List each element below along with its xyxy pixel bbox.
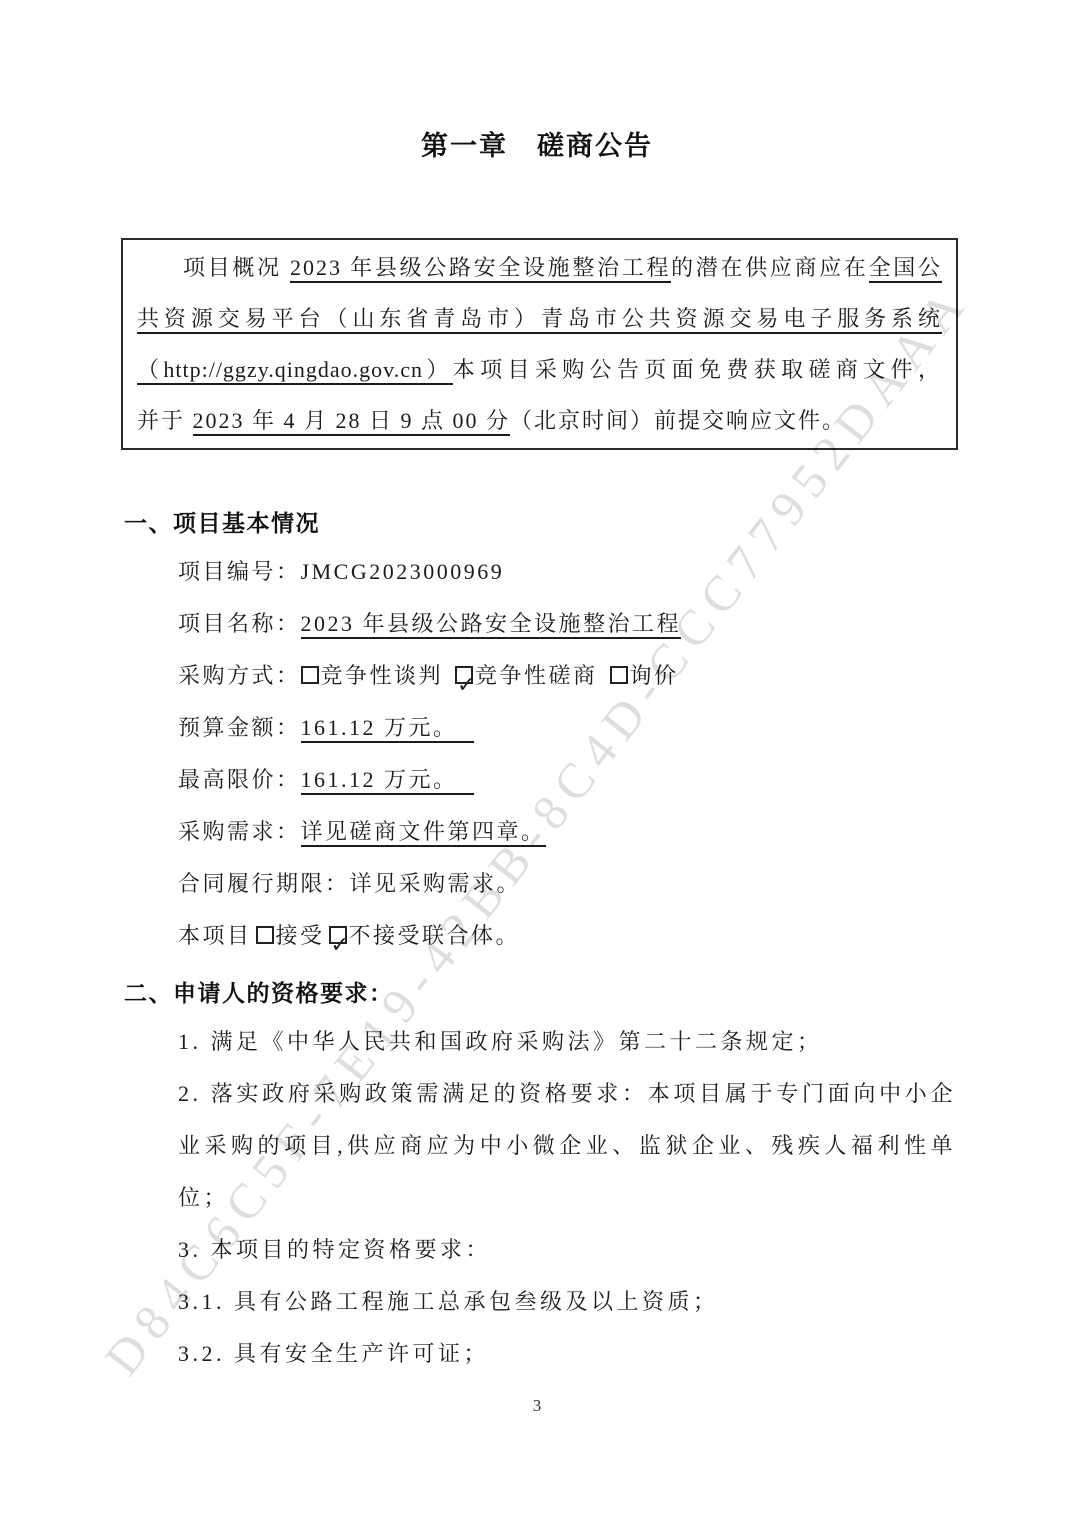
overview-text: 并于 xyxy=(137,408,193,433)
field-value: 161.12 万元。 xyxy=(301,767,474,795)
overview-underlined-platform: 共资源交易平台（山东省青岛市）青岛市公共资源交易电子服务系统 xyxy=(137,306,942,334)
field-project-number: 项目编号：JMCG2023000969 xyxy=(178,546,956,598)
overview-text: 的潜在供应商应在 xyxy=(671,255,869,280)
section-heading-qualification: 二、申请人的资格要求： xyxy=(124,978,956,1008)
field-label: 合同履行期限： xyxy=(178,871,350,896)
field-value: JMCG2023000969 xyxy=(301,559,505,584)
document-body: 一、项目基本情况 项目编号：JMCG2023000969 项目名称：2023 年… xyxy=(0,508,1074,1380)
field-label: 预算金额： xyxy=(178,715,301,740)
field-project-name: 项目名称：2023 年县级公路安全设施整治工程 xyxy=(178,598,956,650)
field-value: 2023 年县级公路安全设施整治工程 xyxy=(301,611,682,639)
method-option-negotiation: 竞争性谈判 xyxy=(301,663,444,688)
procurement-url: （http://ggzy.qingdao.gov.cn） xyxy=(137,357,453,385)
method-option-inquiry: 询价 xyxy=(606,663,679,688)
field-value: 详见采购需求。 xyxy=(350,871,522,896)
consortium-not-accept-label: 不接受 xyxy=(349,923,423,948)
field-label: 采购方式： xyxy=(178,663,301,688)
checkbox-unchecked-icon xyxy=(610,666,628,684)
qualification-item-2: 2. 落实政府采购政策需满足的资格要求：本项目属于专门面向中小企业采购的项目,供… xyxy=(178,1068,956,1224)
field-contract-term: 合同履行期限：详见采购需求。 xyxy=(178,858,956,910)
consortium-text: 本项目 xyxy=(178,923,252,948)
field-label: 最高限价： xyxy=(178,767,301,792)
field-consortium: 本项目接受不接受联合体。 xyxy=(178,910,956,962)
qualification-item-1: 1. 满足《中华人民共和国政府采购法》第二十二条规定； xyxy=(178,1016,956,1068)
field-value: 161.12 万元。 xyxy=(301,715,474,743)
field-budget: 预算金额：161.12 万元。 xyxy=(178,702,956,754)
method-option-consultation: 竞争性磋商 xyxy=(451,663,598,688)
field-procurement-demand: 采购需求：详见磋商文件第四章。 xyxy=(178,806,956,858)
document-page: D84C6C5F-7E19-42BB-8C4D-CCC77952DAAA 第一章… xyxy=(0,0,1074,1520)
field-max-price: 最高限价：161.12 万元。 xyxy=(178,754,956,806)
overview-text: 项目概况 xyxy=(183,255,290,280)
overview-line-4: 并于 2023 年 4 月 28 日 9 点 00 分（北京时间）前提交响应文件… xyxy=(137,395,942,446)
overview-line-3: （http://ggzy.qingdao.gov.cn）本项目采购公告页面免费获… xyxy=(137,344,942,395)
overview-underlined-platform: 全国公 xyxy=(869,255,942,283)
field-label: 采购需求： xyxy=(178,819,301,844)
qualification-item-3: 3. 本项目的特定资格要求： xyxy=(178,1224,956,1276)
deadline-date: 2023 年 4 月 28 日 9 点 00 分 xyxy=(193,408,511,436)
consortium-accept-label: 接受 xyxy=(276,923,325,948)
overview-underlined-project: 2023 年县级公路安全设施整治工程 xyxy=(290,255,671,283)
overview-text: 本项目采购公告页面免费获取磋商文件， xyxy=(453,357,942,382)
qualification-item-3-1: 3.1. 具有公路工程施工总承包叁级及以上资质； xyxy=(178,1276,956,1328)
option-label: 竞争性磋商 xyxy=(475,663,598,688)
chapter-title: 第一章 磋商公告 xyxy=(0,0,1074,162)
overview-text: （北京时间）前提交响应文件。 xyxy=(510,408,846,433)
field-label: 项目名称： xyxy=(178,611,301,636)
consortium-text: 联合体。 xyxy=(422,923,520,948)
option-label: 竞争性谈判 xyxy=(321,663,444,688)
checkbox-unchecked-icon xyxy=(256,926,274,944)
field-label: 项目编号： xyxy=(178,559,301,584)
field-procurement-method: 采购方式：竞争性谈判竞争性磋商询价 xyxy=(178,650,956,702)
page-number: 3 xyxy=(0,1396,1074,1416)
option-label: 询价 xyxy=(630,663,679,688)
section-heading-basic-info: 一、项目基本情况 xyxy=(124,508,956,538)
checkbox-unchecked-icon xyxy=(301,666,319,684)
project-overview-box: 项目概况 2023 年县级公路安全设施整治工程的潜在供应商应在全国公 共资源交易… xyxy=(121,238,958,450)
field-value: 详见磋商文件第四章。 xyxy=(301,819,546,847)
qualification-item-3-2: 3.2. 具有安全生产许可证； xyxy=(178,1328,956,1380)
overview-line-1: 项目概况 2023 年县级公路安全设施整治工程的潜在供应商应在全国公 xyxy=(137,242,942,293)
checkbox-checked-icon xyxy=(329,926,347,944)
checkbox-checked-icon xyxy=(455,666,473,684)
overview-line-2: 共资源交易平台（山东省青岛市）青岛市公共资源交易电子服务系统 xyxy=(137,293,942,344)
